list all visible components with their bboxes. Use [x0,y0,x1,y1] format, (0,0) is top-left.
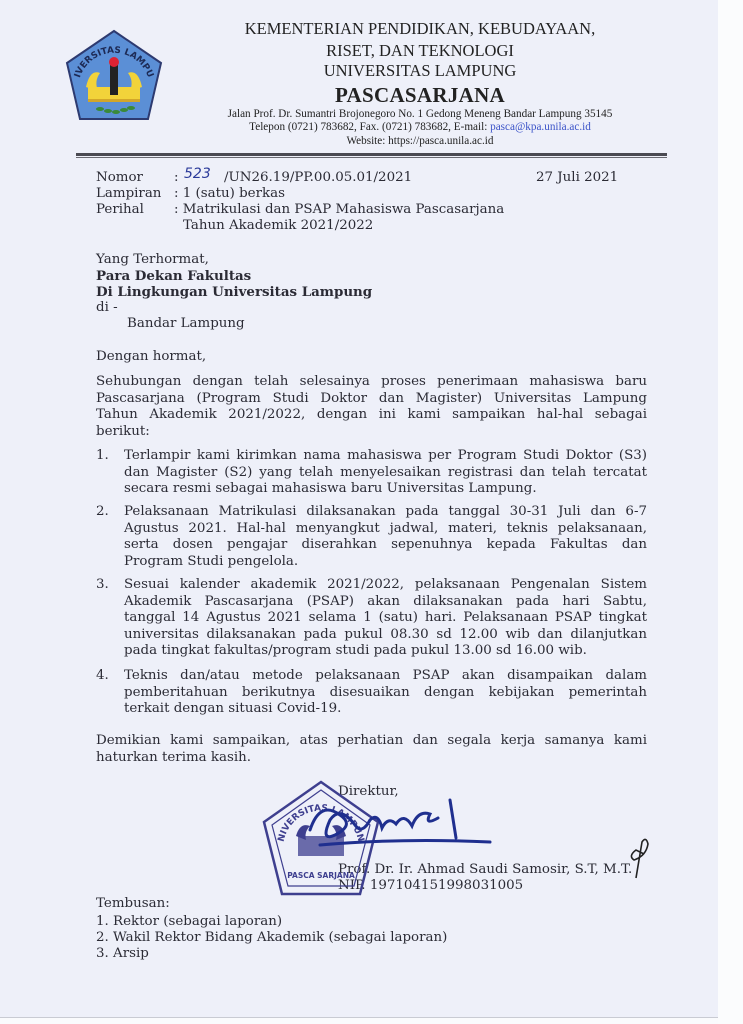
recipient-line2: Di Lingkungan Universitas Lampung [96,284,372,300]
nomor-label: Nomor [96,170,143,186]
greeting: Yang Terhormat, [96,252,209,268]
contact-line: Telepon (0721) 783682, Fax. (0721) 78368… [170,121,670,133]
cc-label: Tembusan: [96,896,170,912]
item-number: 1. [96,448,109,465]
university-name: UNIVERSITAS LAMPUNG [170,61,670,81]
closing-line: haturkan terima kasih. [96,750,647,767]
intro-line: Pascasarjana (Program Studi Doktor dan M… [96,391,647,408]
item-number: 3. [96,577,109,594]
email-link[interactable]: pasca@kpa.unila.ac.id [490,121,591,133]
recipient-line1: Para Dekan Fakultas [96,268,251,284]
letterhead-rule-thin [76,157,667,158]
university-logo-icon: UNIVERSITAS LAMPUNG [64,29,164,125]
signatory-name: Prof. Dr. Ir. Ahmad Saudi Samosir, S.T, … [338,862,632,878]
perihal-value: : Matrikulasi dan PSAP Mahasiswa Pascasa… [174,202,504,218]
signature-icon [300,790,500,860]
item-line: Pelaksanaan Matrikulasi dilaksanakan pad… [124,504,647,521]
item-line: Agustus 2021. Hal-hal menyangkut jadwal,… [124,521,647,538]
intro-paragraph: Sehubungan dengan telah selesainya prose… [96,374,647,440]
lampiran-value: : 1 (satu) berkas [174,186,285,202]
unit-name: PASCASARJANA [170,83,670,108]
item-line: Teknis dan/atau metode pelaksanaan PSAP … [124,668,647,685]
page-edge [0,1017,718,1018]
item-line: dan Magister (S2) yang telah menyelesaik… [124,465,647,482]
ministry-name-line2: RISET, DAN TEKNOLOGI [170,41,670,61]
item-line: Program Studi pengelola. [124,554,647,571]
item-line: terkait dengan situasi Covid-19. [124,701,647,718]
item-number: 2. [96,504,109,521]
item-line: pemberitahuan berikutnya disesuaikan den… [124,685,647,702]
recipient-city: Bandar Lampung [127,316,245,332]
initial-paraf-icon [622,834,652,882]
lampiran-label: Lampiran [96,186,161,202]
perihal-value-2: Tahun Akademik 2021/2022 [183,218,373,234]
nomor-colon: : [174,170,179,186]
opening: Dengan hormat, [96,349,206,365]
scan-margin [718,0,743,1024]
svg-text:PASCA SARJANA: PASCA SARJANA [287,871,355,880]
item-line: serta dosen pengajar diserahkan sepenuhn… [124,537,647,554]
cc-item: 1. Rektor (sebagai laporan) [96,914,282,930]
item-line: universitas dilaksanakan pada pukul 08.3… [124,627,647,644]
nomor-value: /UN26.19/PP.00.05.01/2021 [224,170,412,186]
item-line: secara resmi sebagai mahasiswa baru Univ… [124,481,647,498]
item-line: tanggal 14 Agustus 2021 selama 1 (satu) … [124,610,647,627]
perihal-label: Perihal [96,202,144,218]
letterhead-rule [76,153,667,156]
ministry-name-line1: KEMENTERIAN PENDIDIKAN, KEBUDAYAAN, [170,19,670,39]
item-line: Sesuai kalender akademik 2021/2022, pela… [124,577,647,594]
intro-line: Sehubungan dengan telah selesainya prose… [96,374,647,391]
phone-fax: Telepon (0721) 783682, Fax. (0721) 78368… [249,121,490,133]
cc-item: 2. Wakil Rektor Bidang Akademik (sebagai… [96,930,447,946]
intro-line: Tahun Akademik 2021/2022, dengan ini kam… [96,407,647,424]
item-line: pada tingkat fakultas/program studi pada… [124,643,647,660]
recipient-di: di - [96,300,118,316]
address: Jalan Prof. Dr. Sumantri Brojonegoro No.… [170,108,670,120]
website[interactable]: Website: https://pasca.unila.ac.id [170,135,670,147]
intro-line: berikut: [96,424,647,441]
item-number: 4. [96,668,109,685]
nomor-handwritten: 523 [184,166,211,182]
closing-paragraph: Demikian kami sampaikan, atas perhatian … [96,733,647,766]
item-line: Akademik Pascasarjana (PSAP) akan dilaks… [124,594,647,611]
letter-date: 27 Juli 2021 [536,170,618,186]
closing-line: Demikian kami sampaikan, atas perhatian … [96,733,647,750]
cc-item: 3. Arsip [96,946,149,962]
item-line: Terlampir kami kirimkan nama mahasiswa p… [124,448,647,465]
